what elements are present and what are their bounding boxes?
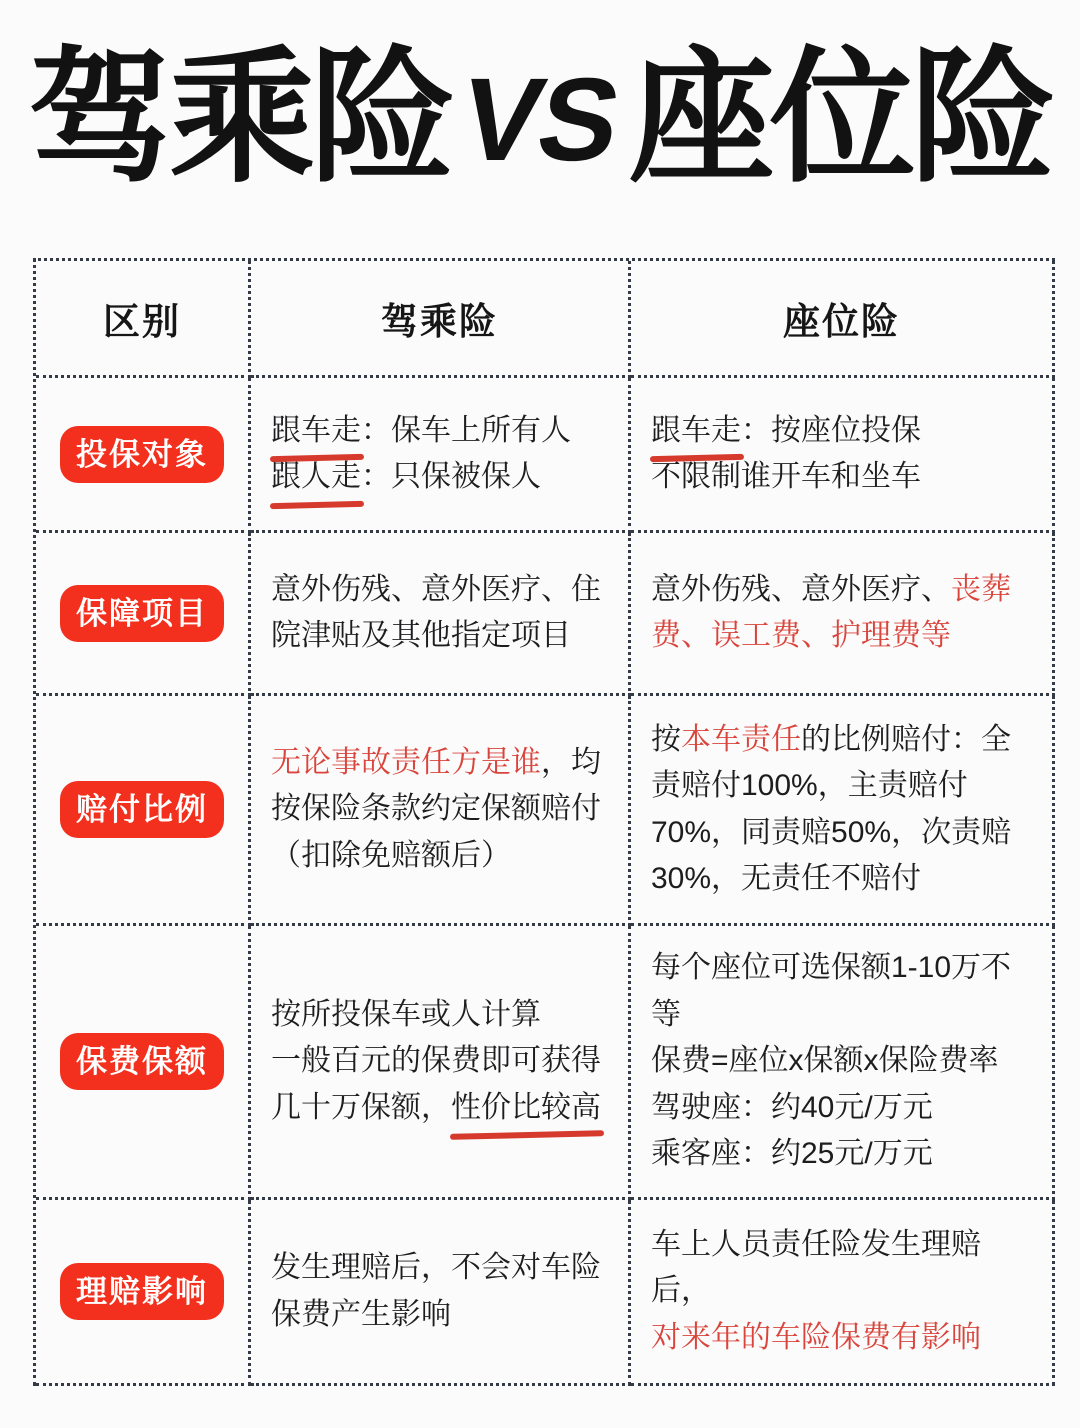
text-line: 跟车走：按座位投保: [651, 408, 1040, 455]
text-segment: 按: [651, 723, 681, 756]
text-segment: ：按座位投保: [741, 414, 921, 447]
text-segment: 车上人员责任险发生理赔后，: [651, 1228, 981, 1308]
comparison-table: 区别 驾乘险 座位险 投保对象跟车走：保车上所有人跟人走：只保被保人跟车走：按座…: [33, 258, 1055, 1386]
text-line: 一般百元的保费即可获得: [271, 1038, 616, 1085]
driver-insurance-cell: 无论事故责任方是谁，均按保险条款约定保额赔付（扣除免赔额后）: [251, 696, 631, 926]
text-line: 发生理赔后，不会对车险保费产生影响: [271, 1245, 616, 1338]
cell-text: 按所投保车或人计算一般百元的保费即可获得几十万保额，性价比较高: [271, 992, 616, 1132]
text-line: 每个座位可选保额1-10万不等: [651, 945, 1040, 1038]
header-cell-difference: 区别: [36, 261, 251, 378]
cell-text: 跟车走：按座位投保不限制谁开车和坐车: [651, 408, 1040, 501]
text-line: 保费=座位x保额x保险费率: [651, 1038, 1040, 1085]
text-segment: 跟车走: [651, 408, 741, 455]
row-label-cell: 保费保额: [36, 926, 251, 1200]
cell-text: 无论事故责任方是谁，均按保险条款约定保额赔付（扣除免赔额后）: [271, 740, 616, 880]
text-line: 车上人员责任险发生理赔后，: [651, 1222, 1040, 1315]
text-segment: 乘客座：约25元/万元: [651, 1137, 933, 1170]
seat-insurance-cell: 按本车责任的比例赔付：全责赔付100%，主责赔付70%，同责赔50%，次责赔30…: [631, 696, 1055, 926]
driver-insurance-cell: 发生理赔后，不会对车险保费产生影响: [251, 1200, 631, 1386]
text-segment: 跟车走: [271, 408, 361, 455]
cell-text: 发生理赔后，不会对车险保费产生影响: [271, 1245, 616, 1338]
row-label-badge: 赔付比例: [60, 781, 224, 838]
text-line: 乘客座：约25元/万元: [651, 1131, 1040, 1178]
title-left: 驾乘险: [28, 36, 451, 199]
text-line: 按本车责任的比例赔付：全责赔付100%，主责赔付70%，同责赔50%，次责赔30…: [651, 717, 1040, 903]
cell-text: 意外伤残、意外医疗、丧葬费、误工费、护理费等: [651, 567, 1040, 660]
text-line: 无论事故责任方是谁，均按保险条款约定保额赔付（扣除免赔额后）: [271, 740, 616, 880]
seat-insurance-cell: 意外伤残、意外医疗、丧葬费、误工费、护理费等: [631, 533, 1055, 696]
seat-insurance-cell: 车上人员责任险发生理赔后，对来年的车险保费有影响: [631, 1200, 1055, 1386]
text-segment: 保费=座位x保额x保险费率: [651, 1044, 999, 1077]
row-label-badge: 投保对象: [60, 426, 224, 483]
cell-text: 车上人员责任险发生理赔后，对来年的车险保费有影响: [651, 1222, 1040, 1362]
text-segment: 无论事故责任方是谁: [271, 746, 541, 779]
cell-text: 按本车责任的比例赔付：全责赔付100%，主责赔付70%，同责赔50%，次责赔30…: [651, 717, 1040, 903]
title-vs: VS: [451, 53, 628, 189]
page-title: 驾乘险VS座位险: [0, 34, 1080, 202]
title-right: 座位险: [629, 36, 1052, 199]
text-segment: ：保车上所有人: [361, 414, 571, 447]
text-segment: 每个座位可选保额1-10万不等: [651, 951, 1011, 1031]
row-label-cell: 理赔影响: [36, 1200, 251, 1386]
text-segment: 跟人走: [271, 454, 361, 501]
text-segment: 按所投保车或人计算: [271, 998, 541, 1031]
text-line: 跟人走：只保被保人: [271, 454, 616, 501]
driver-insurance-cell: 意外伤残、意外医疗、住院津贴及其他指定项目: [251, 533, 631, 696]
text-line: 按所投保车或人计算: [271, 992, 616, 1039]
header-cell-driver-insurance: 驾乘险: [251, 261, 631, 378]
row-label-badge: 保障项目: [60, 585, 224, 642]
text-segment: 一般百元的保费即可获得: [271, 1044, 601, 1077]
infographic-page: { "colors": { "bg": "#fbfbfb", "badge_re…: [0, 0, 1080, 1428]
row-label-cell: 赔付比例: [36, 696, 251, 926]
row-label-cell: 投保对象: [36, 378, 251, 533]
header-cell-seat-insurance: 座位险: [631, 261, 1055, 378]
driver-insurance-cell: 跟车走：保车上所有人跟人走：只保被保人: [251, 378, 631, 533]
text-segment: 发生理赔后，不会对车险保费产生影响: [271, 1251, 601, 1331]
text-segment: 性价比较高: [451, 1085, 601, 1132]
cell-text: 跟车走：保车上所有人跟人走：只保被保人: [271, 408, 616, 501]
text-line: 意外伤残、意外医疗、住院津贴及其他指定项目: [271, 567, 616, 660]
seat-insurance-cell: 跟车走：按座位投保不限制谁开车和坐车: [631, 378, 1055, 533]
text-segment: ：只保被保人: [361, 460, 541, 493]
text-line: 意外伤残、意外医疗、丧葬费、误工费、护理费等: [651, 567, 1040, 660]
row-label-cell: 保障项目: [36, 533, 251, 696]
text-line: 驾驶座：约40元/万元: [651, 1085, 1040, 1132]
text-line: 不限制谁开车和坐车: [651, 454, 1040, 501]
row-label-badge: 保费保额: [60, 1033, 224, 1090]
row-label-badge: 理赔影响: [60, 1263, 224, 1320]
driver-insurance-cell: 按所投保车或人计算一般百元的保费即可获得几十万保额，性价比较高: [251, 926, 631, 1200]
text-segment: 本车责任: [681, 723, 801, 756]
text-segment: 意外伤残、意外医疗、住院津贴及其他指定项目: [271, 573, 601, 653]
text-segment: 对来年的车险保费有影响: [651, 1321, 981, 1354]
seat-insurance-cell: 每个座位可选保额1-10万不等保费=座位x保额x保险费率驾驶座：约40元/万元乘…: [631, 926, 1055, 1200]
text-line: 对来年的车险保费有影响: [651, 1315, 1040, 1362]
cell-text: 每个座位可选保额1-10万不等保费=座位x保额x保险费率驾驶座：约40元/万元乘…: [651, 945, 1040, 1178]
text-segment: 驾驶座：约40元/万元: [651, 1091, 933, 1124]
text-line: 跟车走：保车上所有人: [271, 408, 616, 455]
text-line: 几十万保额，性价比较高: [271, 1085, 616, 1132]
text-segment: 几十万保额，: [271, 1091, 451, 1124]
text-segment: 不限制谁开车和坐车: [651, 460, 921, 493]
cell-text: 意外伤残、意外医疗、住院津贴及其他指定项目: [271, 567, 616, 660]
text-segment: 意外伤残、意外医疗、: [651, 573, 951, 606]
